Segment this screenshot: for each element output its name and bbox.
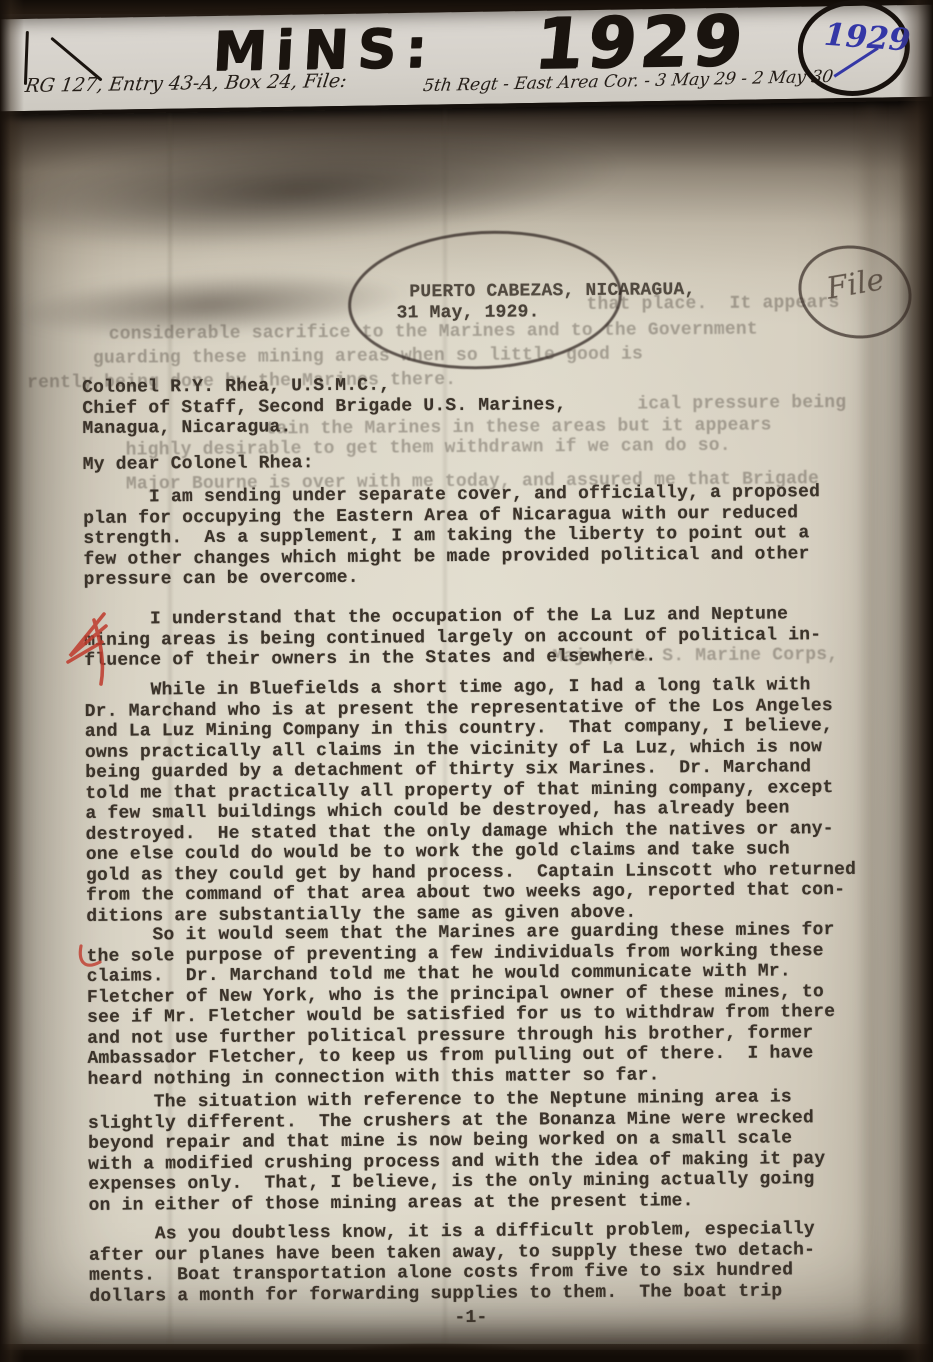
regiment-note: 5th Regt - East Area Cor. - 3 May 29 - 2… bbox=[422, 67, 835, 96]
red-checkmark-paragraph-2 bbox=[60, 610, 116, 690]
letterhead-location: PUERTO CABEZAS, NICARAGUA, bbox=[409, 280, 695, 303]
paragraph-1: I am sending under separate cover, and o… bbox=[83, 482, 821, 590]
ghost-line: ical pressure being bbox=[637, 393, 846, 415]
letterhead-date: 31 May, 1929. bbox=[396, 302, 539, 324]
archival-reference: RG 127, Entry 43-A, Box 24, File: bbox=[24, 70, 348, 97]
page-number: -1- bbox=[4, 1304, 933, 1332]
archival-header-strip: MiNS: 1929 RG 127, Entry 43-A, Box 24, F… bbox=[0, 5, 933, 116]
letter-page: that place. It appears considerable sacr… bbox=[0, 100, 933, 1350]
paragraph-5: The situation with reference to the Nept… bbox=[88, 1087, 826, 1216]
paragraph-4: So it would seem that the Marines are gu… bbox=[86, 920, 835, 1090]
paragraph-6: As you doubtless know, it is a difficult… bbox=[89, 1219, 816, 1307]
ghost-line: guarding these mining areas when so litt… bbox=[93, 345, 643, 370]
letter-text-layer: that place. It appears considerable sacr… bbox=[0, 96, 933, 1353]
address-block: Colonel R.Y. Rhea, U.S.M.C., Chief of St… bbox=[82, 374, 567, 439]
file-annotation: File bbox=[824, 262, 887, 306]
red-checkmark-paragraph-4 bbox=[76, 942, 106, 976]
paragraph-2: I understand that the occupation of the … bbox=[84, 604, 822, 671]
photo-bottom-edge bbox=[0, 1344, 933, 1362]
paragraph-3: While in Bluefields a short time ago, I … bbox=[84, 675, 856, 927]
photo-of-archival-letter: that place. It appears considerable sacr… bbox=[0, 0, 933, 1362]
salutation: My dear Colonel Rhea: bbox=[83, 453, 314, 475]
